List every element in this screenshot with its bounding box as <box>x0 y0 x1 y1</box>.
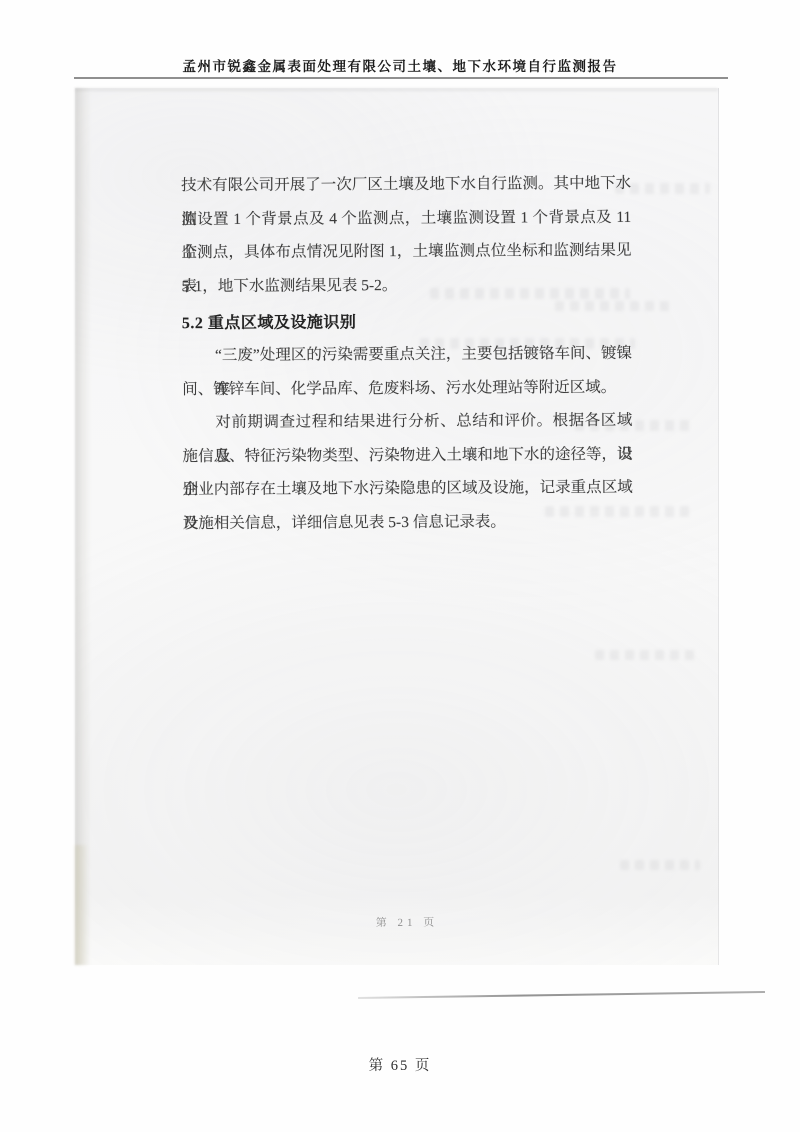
scan-left-edge-shadow <box>75 88 91 965</box>
scan-text-block: 技术有限公司开展了一次厂区土壤及地下水自行监测。其中地下水监 测设置 1 个背景… <box>181 167 633 540</box>
header-rule <box>74 77 728 79</box>
body-line: 对前期调查过程和结果进行分析、总结和评价。根据各区域及设 <box>182 404 632 440</box>
body-paragraph-2: “三废”处理区的污染需要重点关注，主要包括镀铬车间、镀镍车 间、镀锌车间、化学品… <box>182 337 632 406</box>
scan-bottom-crease <box>358 991 765 999</box>
bleed-through-smudge <box>595 650 695 660</box>
body-line: 企业内部存在土壤及地下水污染隐患的区域及设施，记录重点区域及 <box>183 471 633 507</box>
report-header-title: 孟州市锐鑫金属表面处理有限公司土壤、地下水环境自行监测报告 <box>0 55 800 75</box>
body-line: 5-1，地下水监测结果见表 5-2。 <box>182 267 632 303</box>
section-heading: 5.2 重点区域及设施识别 <box>182 307 632 339</box>
body-paragraph-3: 对前期调查过程和结果进行分析、总结和评价。根据各区域及设 施信息、特征污染物类型… <box>182 404 633 540</box>
body-line: 施信息、特征污染物类型、污染物进入土壤和地下水的途径等，识别 <box>182 437 632 473</box>
bleed-through-smudge <box>620 860 700 870</box>
body-line: 间、镀锌车间、化学品库、危废料场、污水处理站等附近区域。 <box>182 370 632 406</box>
page-footer-number: 第 65 页 <box>0 1054 800 1075</box>
body-line: 测设置 1 个背景点及 4 个监测点，土壤监测设置 1 个背景点及 11 个 <box>181 200 631 236</box>
body-line: 设施相关信息，详细信息见表 5-3 信息记录表。 <box>183 504 633 540</box>
body-line: “三废”处理区的污染需要重点关注，主要包括镀铬车间、镀镍车 <box>182 337 632 373</box>
scan-top-edge-shadow <box>75 88 718 93</box>
scanned-page: 技术有限公司开展了一次厂区土壤及地下水自行监测。其中地下水监 测设置 1 个背景… <box>75 88 719 965</box>
scan-page-number: 第 21 页 <box>182 913 632 931</box>
body-line: 技术有限公司开展了一次厂区土壤及地下水自行监测。其中地下水监 <box>181 167 631 203</box>
body-paragraph-1: 技术有限公司开展了一次厂区土壤及地下水自行监测。其中地下水监 测设置 1 个背景… <box>181 167 632 303</box>
body-line: 监测点，具体布点情况见附图 1，土壤监测点位坐标和监测结果见表 <box>181 234 631 270</box>
